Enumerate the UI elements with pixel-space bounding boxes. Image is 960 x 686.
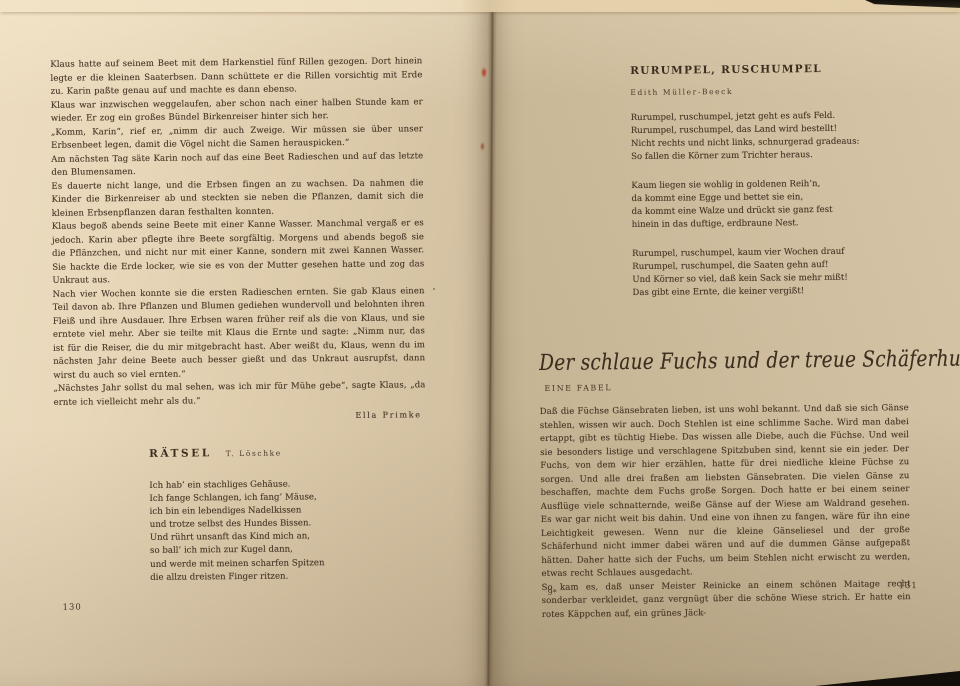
poem-line: hinein in das duftige, erdbraune Nest. bbox=[632, 216, 932, 232]
signature-mark: 9* bbox=[548, 588, 557, 597]
fable-subtitle: EINE FABEL bbox=[544, 380, 908, 393]
poem-author: Edith Müller-Beeck bbox=[630, 85, 930, 97]
poem-title: RURUMPEL, RUSCHUMPEL bbox=[630, 62, 930, 77]
poem-line: Das gibt eine Ernte, die keiner vergißt! bbox=[632, 284, 932, 300]
fable-paragraph: So kam es, daß unser Meister Reinicke an… bbox=[542, 578, 911, 622]
book-photo: Klaus hatte auf seinem Beet mit dem Hark… bbox=[0, 0, 960, 686]
right-page-content: RURUMPEL, RUSCHUMPEL Edith Müller-Beeck … bbox=[0, 0, 960, 686]
page-number-right: 131 bbox=[899, 581, 918, 591]
fable-paragraph: Daß die Füchse Gänsebraten lieben, ist u… bbox=[540, 402, 911, 581]
poem-stanza-3: Rurumpel, ruschumpel, kaum vier Wochen d… bbox=[632, 245, 933, 300]
fable-text: Daß die Füchse Gänsebraten lieben, ist u… bbox=[540, 402, 911, 622]
poem-section: RURUMPEL, RUSCHUMPEL Edith Müller-Beeck … bbox=[630, 62, 932, 300]
fable-title: Der schlaue Fuchs und der treue Schäferh… bbox=[539, 348, 849, 376]
poem-stanza-1: Rurumpel, ruschumpel, jetzt geht es aufs… bbox=[631, 109, 932, 164]
poem-line: So fallen die Körner zum Trichter heraus… bbox=[631, 148, 931, 164]
poem-stanza-2: Kaum liegen sie wohlig in goldenen Reih’… bbox=[631, 177, 932, 232]
fable-section: Der schlaue Fuchs und der treue Schäferh… bbox=[539, 347, 911, 622]
